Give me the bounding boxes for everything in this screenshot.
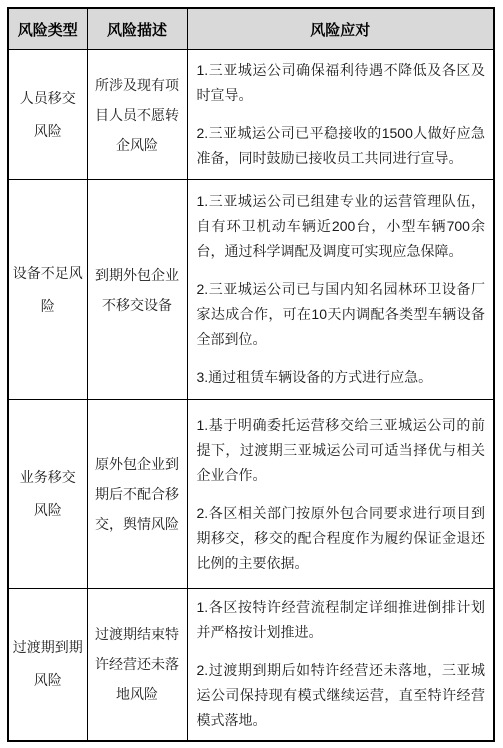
risk-description-cell: 过渡期结束特 许经营还未落 地风险 <box>87 589 187 741</box>
risk-type-line: 人员移交 <box>11 82 85 115</box>
table-row: 过渡期到期 风险 过渡期结束特 许经营还未落 地风险 1.各区按特许经营流程制定… <box>8 589 494 741</box>
table-row: 人员移交 风险 所涉及现有项 目人员不愿转 企风险 1.三亚城运公司确保福利待遇… <box>8 50 494 180</box>
risk-description-cell: 到期外包企业 不移交设备 <box>87 180 187 400</box>
risk-description-line: 交，舆情风险 <box>90 509 185 539</box>
risk-response-cell: 1.三亚城运公司已组建专业的运营管理队伍，自有环卫机动车辆近200台，小型车辆7… <box>187 180 494 400</box>
header-risk-response: 风险应对 <box>187 8 494 50</box>
risk-response-item: 2.三亚城运公司已与国内知名园林环卫设备厂家达成合作，可在10天内调配各类型车辆… <box>197 277 486 352</box>
table-row: 设备不足风 险 到期外包企业 不移交设备 1.三亚城运公司已组建专业的运营管理队… <box>8 180 494 400</box>
risk-description-line: 地风险 <box>90 679 185 709</box>
risk-type-line: 业务移交 <box>11 461 85 494</box>
risk-description-line: 所涉及现有项 <box>90 70 185 100</box>
risk-type-line: 险 <box>11 290 85 323</box>
risk-description-line: 许经营还未落 <box>90 649 185 679</box>
risk-response-cell: 1.基于明确委托运营移交给三亚城运公司的前提下，过渡期三亚城运公司可适当择优与相… <box>187 400 494 589</box>
risk-description-line: 不移交设备 <box>90 290 185 320</box>
risk-type-line: 设备不足风 <box>11 257 85 290</box>
risk-description-line: 原外包企业到 <box>90 449 185 479</box>
risk-description-cell: 原外包企业到 期后不配合移 交，舆情风险 <box>87 400 187 589</box>
risk-type-line: 风险 <box>11 664 85 697</box>
header-risk-type: 风险类型 <box>8 8 87 50</box>
risk-type-line: 风险 <box>11 115 85 148</box>
table-header-row: 风险类型 风险描述 风险应对 <box>8 8 494 50</box>
risk-description-line: 目人员不愿转 <box>90 100 185 130</box>
risk-type-cell: 人员移交 风险 <box>8 50 87 180</box>
risk-response-cell: 1.各区按特许经营流程制定详细推进倒排计划并严格按计划推进。 2.过渡期到期后如… <box>187 589 494 741</box>
risk-description-line: 到期外包企业 <box>90 260 185 290</box>
risk-response-cell: 1.三亚城运公司确保福利待遇不降低及各区及时宣导。 2.三亚城运公司已平稳接收的… <box>187 50 494 180</box>
risk-type-line: 过渡期到期 <box>11 631 85 664</box>
risk-description-line: 企风险 <box>90 130 185 160</box>
risk-response-item: 1.三亚城运公司已组建专业的运营管理队伍，自有环卫机动车辆近200台，小型车辆7… <box>197 189 486 264</box>
table-row: 业务移交 风险 原外包企业到 期后不配合移 交，舆情风险 1.基于明确委托运营移… <box>8 400 494 589</box>
risk-response-item: 1.各区按特许经营流程制定详细推进倒排计划并严格按计划推进。 <box>197 595 486 645</box>
risk-response-item: 1.三亚城运公司确保福利待遇不降低及各区及时宣导。 <box>197 58 486 108</box>
risk-description-line: 过渡期结束特 <box>90 619 185 649</box>
risk-type-cell: 业务移交 风险 <box>8 400 87 589</box>
risk-type-cell: 过渡期到期 风险 <box>8 589 87 741</box>
risk-response-item: 1.基于明确委托运营移交给三亚城运公司的前提下，过渡期三亚城运公司可适当择优与相… <box>197 413 486 488</box>
risk-description-cell: 所涉及现有项 目人员不愿转 企风险 <box>87 50 187 180</box>
risk-response-item: 2.各区相关部门按原外包合同要求进行项目到期移交，移交的配合程度作为履约保证金退… <box>197 501 486 576</box>
risk-table: 风险类型 风险描述 风险应对 人员移交 风险 所涉及现有项 目人员不愿转 企风险… <box>7 7 495 742</box>
risk-response-item: 2.过渡期到期后如特许经营还未落地，三亚城运公司保持现有模式继续运营，直至特许经… <box>197 658 486 733</box>
risk-response-item: 2.三亚城运公司已平稳接收的1500人做好应急准备，同时鼓励已接收员工共同进行宣… <box>197 121 486 171</box>
risk-description-line: 期后不配合移 <box>90 479 185 509</box>
risk-response-item: 3.通过租赁车辆设备的方式进行应急。 <box>197 365 486 390</box>
header-risk-description: 风险描述 <box>87 8 187 50</box>
risk-type-cell: 设备不足风 险 <box>8 180 87 400</box>
risk-type-line: 风险 <box>11 494 85 527</box>
